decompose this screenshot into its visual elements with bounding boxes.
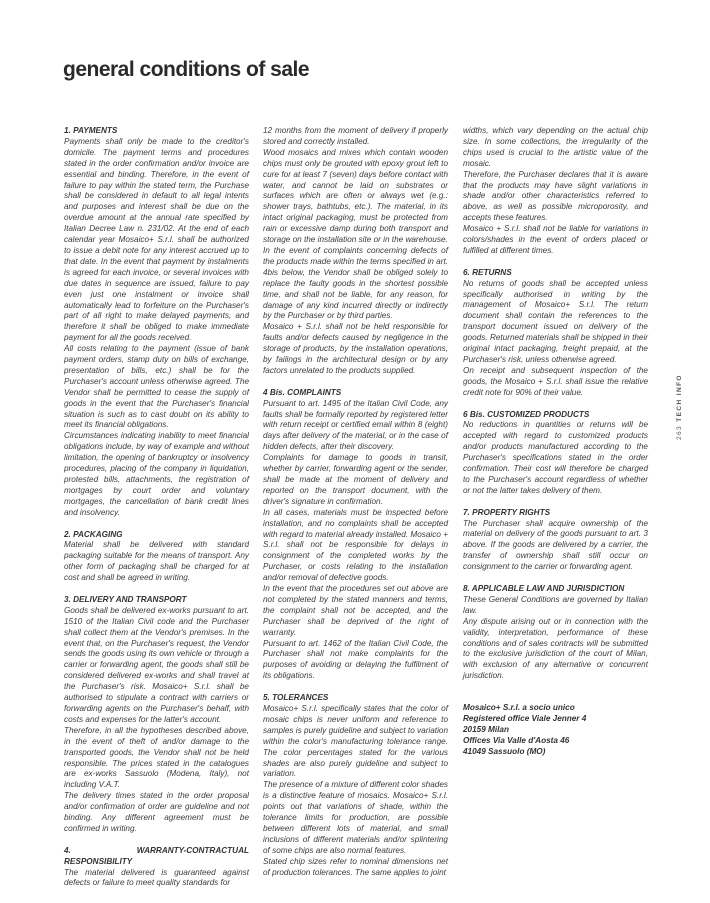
section-heading: 2. PACKAGING xyxy=(64,530,249,541)
section-customized-products: 6 Bis. CUSTOMIZED PRODUCTS No reductions… xyxy=(463,410,648,497)
paragraph: Stated chip sizes refer to nominal dimen… xyxy=(263,857,448,879)
paragraph: No returns of goods shall be accepted un… xyxy=(463,279,648,366)
address-line: Registered office Viale Jenner 4 xyxy=(463,714,648,725)
section-tolerances-continued: widths, which vary depending on the actu… xyxy=(463,126,648,257)
paragraph: The delivery times stated in the order p… xyxy=(64,791,249,835)
section-warranty-continued: 12 months from the moment of delivery if… xyxy=(263,126,448,377)
paragraph: In the event that the procedures set out… xyxy=(263,584,448,639)
address-line: 41049 Sassuolo (MO) xyxy=(463,747,648,758)
paragraph: Therefore, the Purchaser declares that i… xyxy=(463,170,648,225)
section-heading: 5. TOLERANCES xyxy=(263,693,448,704)
paragraph: Any dispute arising out or in connection… xyxy=(463,617,648,682)
paragraph: The presence of a mixture of different c… xyxy=(263,780,448,856)
paragraph: In all cases, materials must be inspecte… xyxy=(263,508,448,584)
paragraph: widths, which vary depending on the actu… xyxy=(463,126,648,170)
paragraph: Material shall be delivered with standar… xyxy=(64,540,249,584)
section-heading: 7. PROPERTY RIGHTS xyxy=(463,508,648,519)
paragraph: On receipt and subsequent inspection of … xyxy=(463,366,648,399)
paragraph: Complaints for damage to goods in transi… xyxy=(263,453,448,508)
section-property-rights: 7. PROPERTY RIGHTS The Purchaser shall a… xyxy=(463,508,648,573)
section-heading: 4 Bis. COMPLAINTS xyxy=(263,388,448,399)
company-address: Mosaico+ S.r.l. a socio unico Registered… xyxy=(463,703,648,758)
paragraph: No reductions in quantities or returns w… xyxy=(463,420,648,496)
page-number: 263 xyxy=(676,425,683,440)
paragraph: Pursuant to art. 1495 of the Italian Civ… xyxy=(263,399,448,454)
section-returns: 6. RETURNS No returns of goods shall be … xyxy=(463,268,648,399)
page-title: general conditions of sale xyxy=(63,58,309,82)
paragraph: Therefore, in all the hypotheses describ… xyxy=(64,726,249,791)
address-line: 20159 Milan xyxy=(463,725,648,736)
side-section-label: 263 TECH INFO xyxy=(676,374,683,440)
section-heading: 6. RETURNS xyxy=(463,268,648,279)
section-heading: 1. PAYMENTS xyxy=(64,126,249,137)
section-payments: 1. PAYMENTS Payments shall only be made … xyxy=(64,126,249,519)
paragraph: In the event of complaints concerning de… xyxy=(263,246,448,322)
paragraph: Mosaico + S.r.l. shall not be liable for… xyxy=(463,224,648,257)
section-warranty: 4. WARRANTY-CONTRACTUAL RESPONSIBILITY T… xyxy=(64,846,249,890)
text-column-1: 1. PAYMENTS Payments shall only be made … xyxy=(64,126,249,900)
address-line: Offices Via Valle d'Aosta 46 xyxy=(463,736,648,747)
section-heading: 3. DELIVERY AND TRANSPORT xyxy=(64,595,249,606)
text-column-2: 12 months from the moment of delivery if… xyxy=(263,126,448,889)
section-heading: 6 Bis. CUSTOMIZED PRODUCTS xyxy=(463,410,648,421)
section-heading: 4. WARRANTY-CONTRACTUAL RESPONSIBILITY xyxy=(64,846,249,868)
paragraph: The material delivered is guaranteed aga… xyxy=(64,868,249,890)
paragraph: Circumstances indicating inability to me… xyxy=(64,431,249,518)
section-tolerances: 5. TOLERANCES Mosaico+ S.r.l. specifical… xyxy=(263,693,448,878)
paragraph: The Purchaser shall acquire ownership of… xyxy=(463,519,648,574)
section-packaging: 2. PACKAGING Material shall be delivered… xyxy=(64,530,249,585)
paragraph: Goods shall be delivered ex-works pursua… xyxy=(64,606,249,726)
paragraph: These General Conditions are governed by… xyxy=(463,595,648,617)
paragraph: 12 months from the moment of delivery if… xyxy=(263,126,448,148)
section-label: TECH INFO xyxy=(676,374,683,422)
paragraph: All costs relating to the payment (issue… xyxy=(64,344,249,431)
paragraph: Pursuant to art. 1462 of the Italian Civ… xyxy=(263,639,448,683)
paragraph: Mosaico + S.r.l. shall not be held respo… xyxy=(263,322,448,377)
paragraph: Payments shall only be made to the credi… xyxy=(64,137,249,344)
section-heading: 8. APPLICABLE LAW AND JURISDICTION xyxy=(463,584,648,595)
paragraph: Mosaico+ S.r.l. specifically states that… xyxy=(263,704,448,780)
paragraph: Wood mosaics and mixes which contain woo… xyxy=(263,148,448,246)
text-column-3: widths, which vary depending on the actu… xyxy=(463,126,648,758)
section-applicable-law: 8. APPLICABLE LAW AND JURISDICTION These… xyxy=(463,584,648,682)
address-line: Mosaico+ S.r.l. a socio unico xyxy=(463,703,648,714)
section-complaints: 4 Bis. COMPLAINTS Pursuant to art. 1495 … xyxy=(263,388,448,682)
section-delivery-and-transport: 3. DELIVERY AND TRANSPORT Goods shall be… xyxy=(64,595,249,835)
